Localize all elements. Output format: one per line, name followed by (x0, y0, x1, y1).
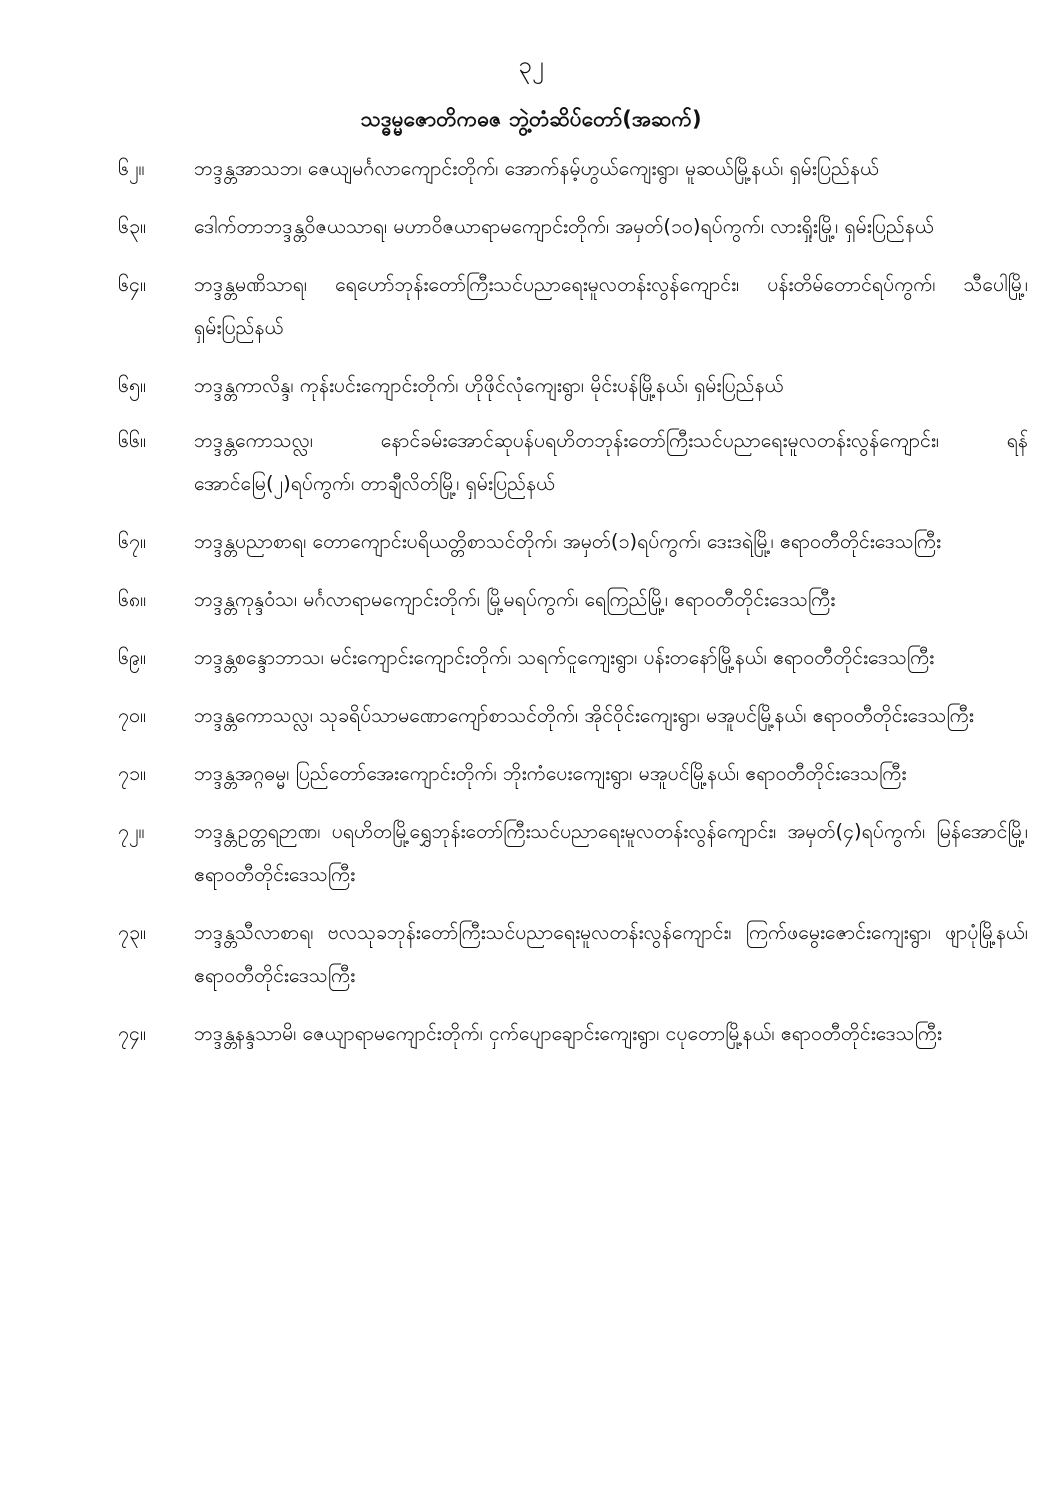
entry-number: ၆၉။ (118, 636, 188, 679)
entry-number: ၇၀။ (118, 694, 188, 737)
entry-number: ၆၄။ (118, 263, 188, 306)
list-item: ၆၄။ ဘဒ္ဒန္တမဏိသာရ၊ ရေဟော်ဘုန်းတော်ကြီးသင… (118, 263, 1028, 349)
list-item: ၇၄။ ဘဒ္ဒန္တနန္ဒသာမိ၊ ဇေယျာရာမကျောင်းတိုက… (118, 1012, 1028, 1055)
entry-number: ၆၅။ (118, 364, 188, 407)
entry-number: ၆၂။ (118, 147, 188, 190)
entry-number: ၇၁။ (118, 752, 188, 795)
entry-text: ဘဒ္ဒန္တမဏိသာရ၊ ရေဟော်ဘုန်းတော်ကြီးသင်ပညာ… (194, 263, 1028, 349)
list-item: ၆၅။ ဘဒ္ဒန္တကာလိန္ဒ၊ ကုန်းပင်းကျောင်းတိုက… (118, 364, 1028, 407)
entry-number: ၇၂။ (118, 810, 188, 853)
entry-number: ၆၈။ (118, 578, 188, 621)
entry-text: ဘဒ္ဒန္တပညာစာရ၊ တောကျောင်းပရိယတ္တိစာသင်တိ… (194, 520, 1028, 563)
entry-text: ဘဒ္ဒန္တအဂ္ဂဓမ္မ၊ ပြည်တော်အေးကျောင်းတိုက်… (194, 752, 1028, 795)
entry-text: ဘဒ္ဒန္တကာလိန္ဒ၊ ကုန်းပင်းကျောင်းတိုက်၊ ဟ… (194, 364, 1028, 407)
entry-number: ၇၃။ (118, 911, 188, 954)
list-item: ၆၉။ ဘဒ္ဒန္တစန္ဒောဘာသ၊ မင်းကျောင်းကျောင်း… (118, 636, 1028, 679)
entry-text: ဘဒ္ဒန္တကောသလ္လ၊ နောင်ခမ်းအောင်ဆုပန်ပရဟိတ… (194, 419, 1028, 505)
page-number: ၃၂ (0, 48, 1062, 82)
entry-number: ၇၄။ (118, 1012, 188, 1055)
list-item: ၇၃။ ဘဒ္ဒန္တသီလာစာရ၊ ဗလသုခဘုန်းတော်ကြီးသင… (118, 911, 1028, 997)
entry-text: ဘဒ္ဒန္တသီလာစာရ၊ ဗလသုခဘုန်းတော်ကြီးသင်ပညာ… (194, 911, 1028, 997)
entry-text: ဘဒ္ဒန္တအာသဘ၊ ဇေယျမင်္ဂလာကျောင်းတိုက်၊ အေ… (194, 147, 1028, 190)
entry-text: ဘဒ္ဒန္တကုန္ဒဝံသ၊ မင်္ဂလာရာမကျောင်းတိုက်၊… (194, 578, 1028, 621)
entry-number: ၆၆။ (118, 419, 188, 462)
page-title: သဒ္ဓမ္မဇောတိကဓဇ ဘွဲ့တံဆိပ်တော်(အဆက်) (0, 103, 1062, 135)
list-item: ၇၀။ ဘဒ္ဒန္တကောသလ္လ၊ သုခရိပ်သာမဏောကျော်စာ… (118, 694, 1028, 737)
list-item: ၆၈။ ဘဒ္ဒန္တကုန္ဒဝံသ၊ မင်္ဂလာရာမကျောင်းတိ… (118, 578, 1028, 621)
list-item: ၇၁။ ဘဒ္ဒန္တအဂ္ဂဓမ္မ၊ ပြည်တော်အေးကျောင်းတ… (118, 752, 1028, 795)
entry-text: ဘဒ္ဒန္တဥတ္တရဉာဏ၊ ပရဟိတမြို့ရွှေဘုန်းတော်… (194, 810, 1028, 896)
entry-text: ဘဒ္ဒန္တနန္ဒသာမိ၊ ဇေယျာရာမကျောင်းတိုက်၊ င… (194, 1012, 1028, 1055)
list-item: ၆၃။ ဒေါက်တာဘဒ္ဒန္တဝိဇယသာရ၊ မဟာဝိဇယာရာမကျ… (118, 205, 1028, 248)
list-item: ၆၇။ ဘဒ္ဒန္တပညာစာရ၊ တောကျောင်းပရိယတ္တိစာသ… (118, 520, 1028, 563)
entry-text: ဒေါက်တာဘဒ္ဒန္တဝိဇယသာရ၊ မဟာဝိဇယာရာမကျောင်… (194, 205, 1028, 248)
entry-text: ဘဒ္ဒန္တကောသလ္လ၊ သုခရိပ်သာမဏောကျော်စာသင်တ… (194, 694, 1028, 737)
list-item: ၆၂။ ဘဒ္ဒန္တအာသဘ၊ ဇေယျမင်္ဂလာကျောင်းတိုက်… (118, 147, 1028, 190)
award-recipient-list: ၆၂။ ဘဒ္ဒန္တအာသဘ၊ ဇေယျမင်္ဂလာကျောင်းတိုက်… (118, 147, 1028, 1070)
entry-text: ဘဒ္ဒန္တစန္ဒောဘာသ၊ မင်းကျောင်းကျောင်းတိုက… (194, 636, 1028, 679)
entry-number: ၆၇။ (118, 520, 188, 563)
list-item: ၆၆။ ဘဒ္ဒန္တကောသလ္လ၊ နောင်ခမ်းအောင်ဆုပန်ပ… (118, 419, 1028, 505)
list-item: ၇၂။ ဘဒ္ဒန္တဥတ္တရဉာဏ၊ ပရဟိတမြို့ရွှေဘုန်း… (118, 810, 1028, 896)
entry-number: ၆၃။ (118, 205, 188, 248)
